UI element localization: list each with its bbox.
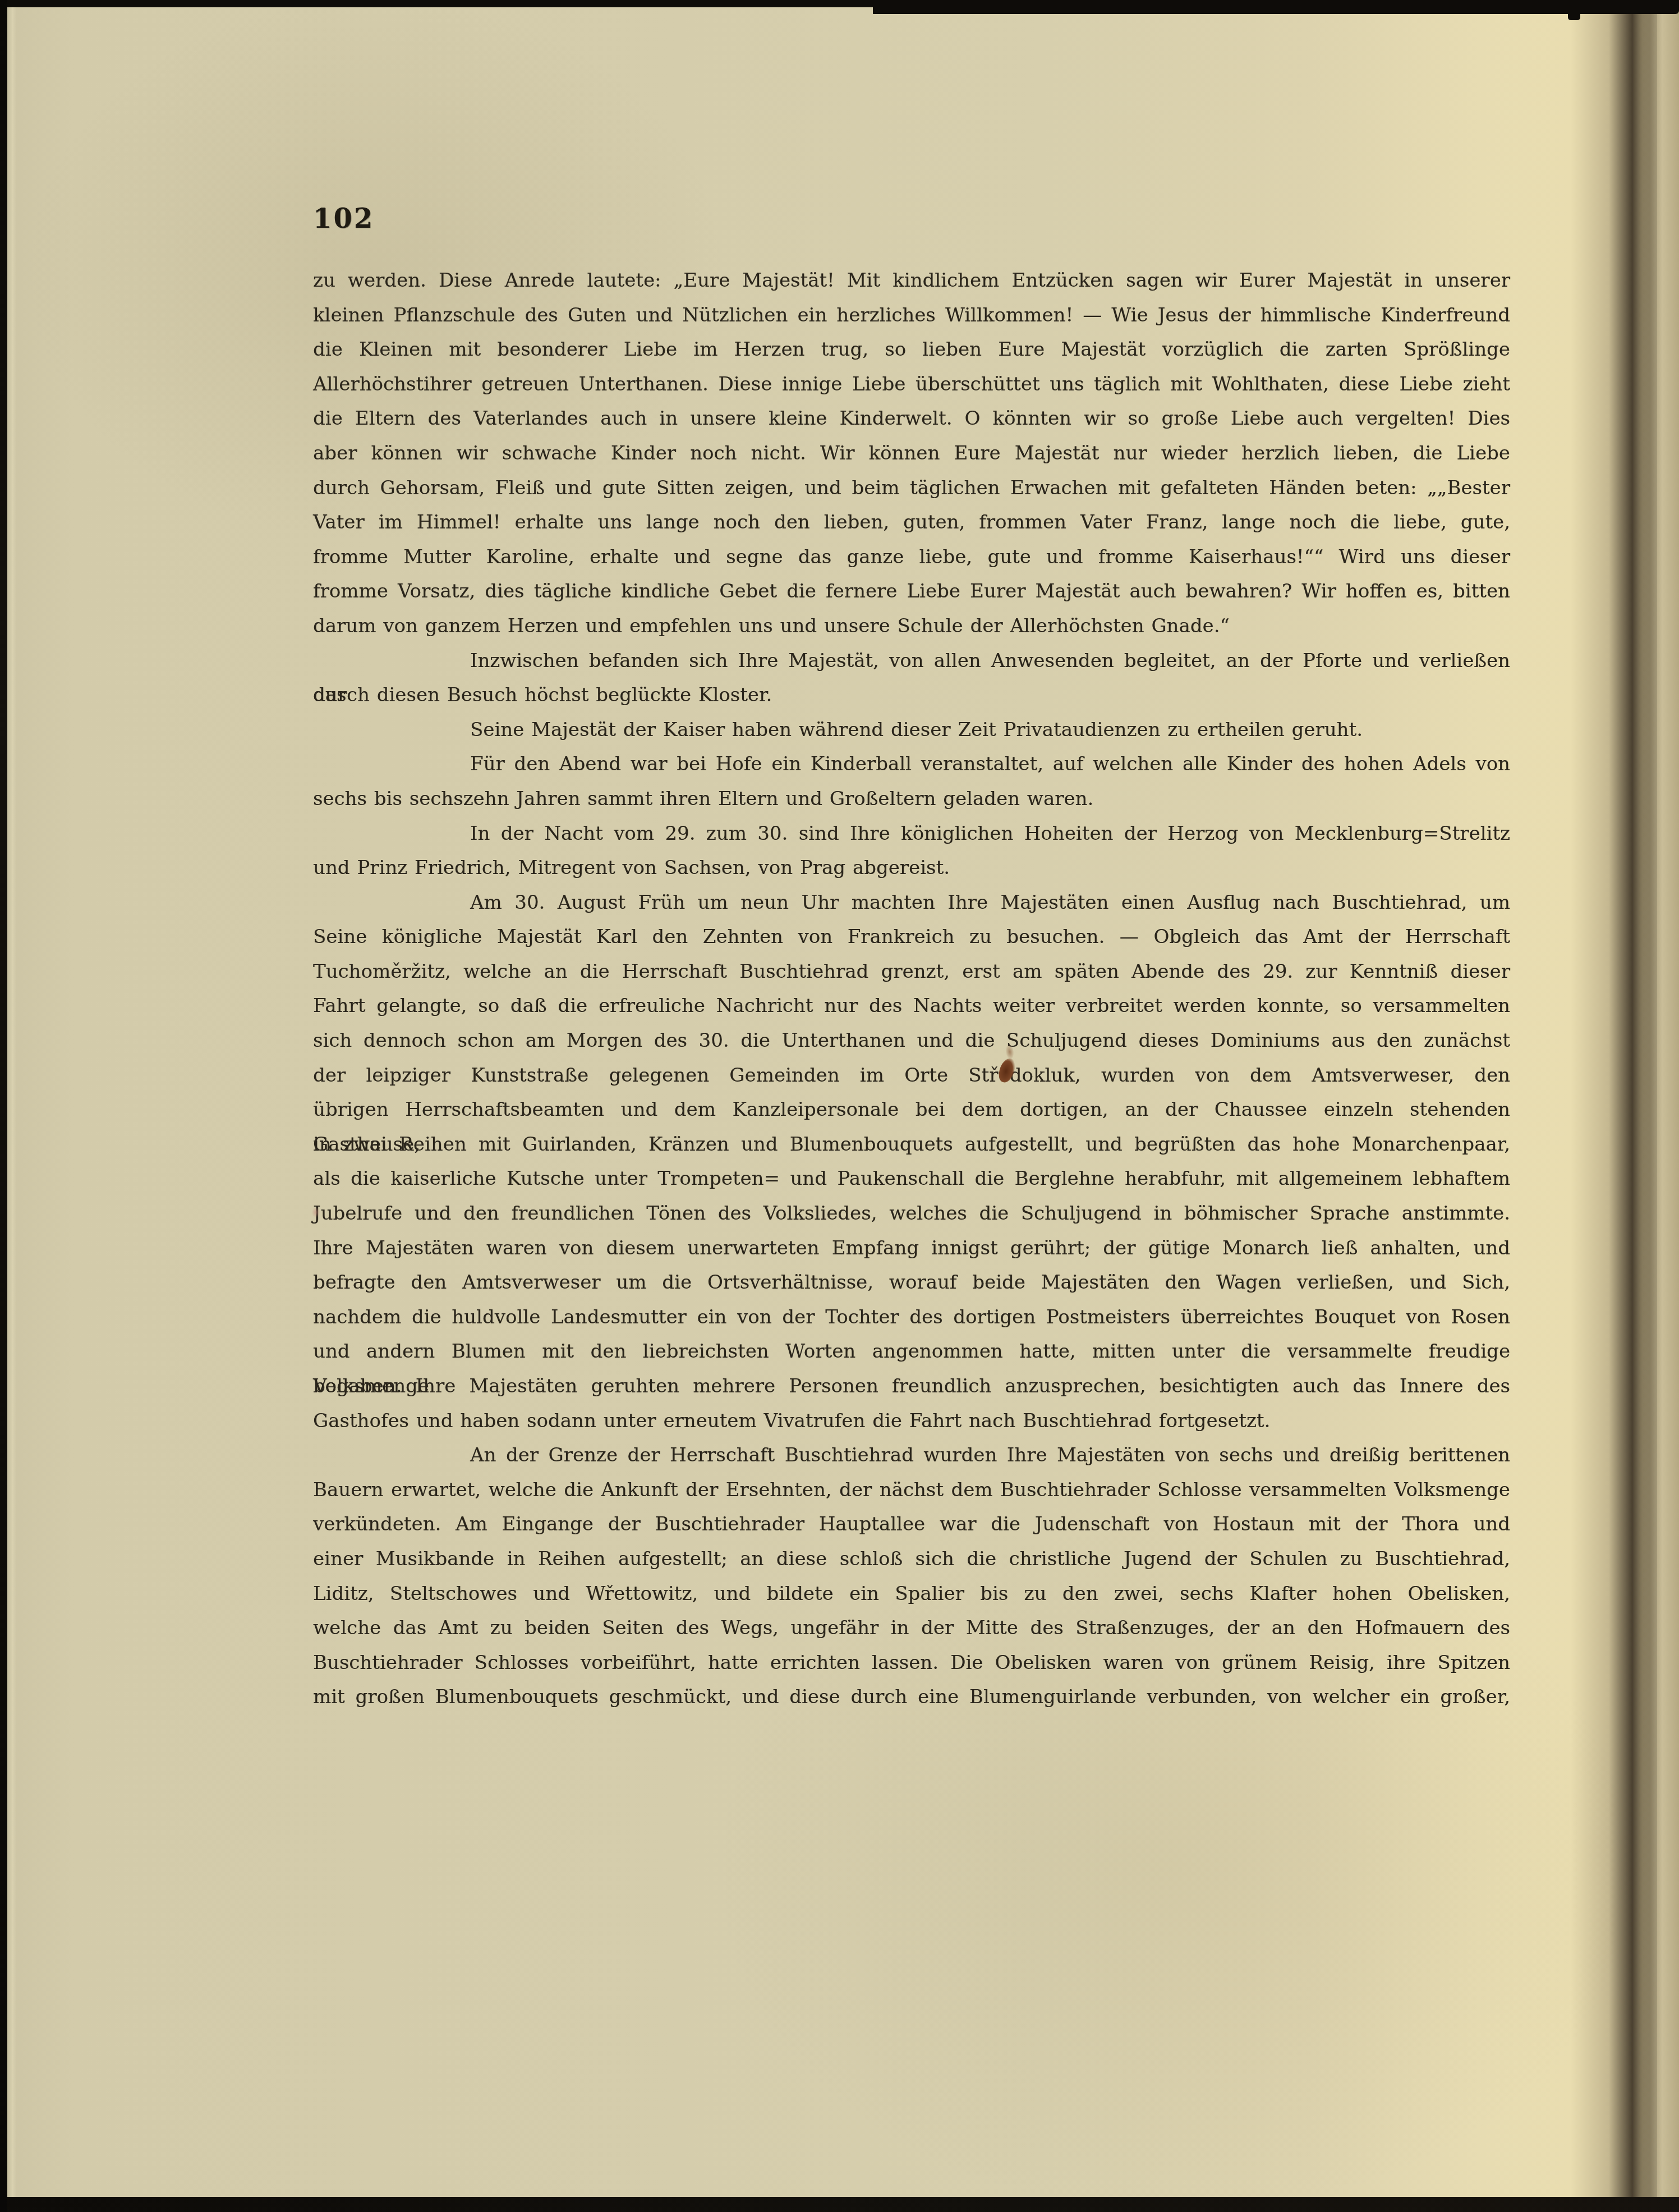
- text-line: An der Grenze der Herrschaft Buschtiehra…: [313, 1438, 1510, 1473]
- text-line: Bauern erwartet, welche die Ankunft der …: [313, 1473, 1510, 1508]
- text-line: der leipziger Kunststraße gelegenen Geme…: [313, 1059, 1510, 1093]
- scanner-edge-left: [0, 0, 7, 2212]
- page-body: zu werden. Diese Anrede lautete: „Eure M…: [313, 264, 1510, 1715]
- text-line: Fahrt gelangte, so daß die erfreuliche N…: [313, 989, 1510, 1024]
- text-line: übrigen Herrschaftsbeamten und dem Kanzl…: [313, 1093, 1510, 1128]
- text-line: begaben. Ihre Majestäten geruhten mehrer…: [313, 1369, 1510, 1404]
- scanner-corner-tab: [1568, 0, 1580, 20]
- text-line: Liditz, Steltschowes und Wřettowitz, und…: [313, 1577, 1510, 1612]
- scanner-edge-top-right: [873, 0, 1679, 14]
- text-line: befragte den Amtsverweser um die Ortsver…: [313, 1266, 1510, 1300]
- text-line: Gasthofes und haben sodann unter erneute…: [313, 1404, 1510, 1439]
- text-line: durch Gehorsam, Fleiß und gute Sitten ze…: [313, 471, 1510, 506]
- text-line: und Prinz Friedrich, Mitregent von Sachs…: [313, 851, 1510, 886]
- text-line: Am 30. August Früh um neun Uhr machten I…: [313, 886, 1510, 921]
- text-line: Tuchoměržitz, welche an die Herrschaft B…: [313, 955, 1510, 990]
- text-line: nachdem die huldvolle Landesmutter ein v…: [313, 1300, 1510, 1335]
- text-line: zu werden. Diese Anrede lautete: „Eure M…: [313, 264, 1510, 298]
- text-line: In der Nacht vom 29. zum 30. sind Ihre k…: [313, 817, 1510, 852]
- text-line: darum von ganzem Herzen und empfehlen un…: [313, 609, 1510, 644]
- text-line: Seine königliche Majestät Karl den Zehnt…: [313, 920, 1510, 955]
- text-line: Jubelrufe und den freundlichen Tönen des…: [313, 1197, 1510, 1231]
- text-line: sechs bis sechszehn Jahren sammt ihren E…: [313, 782, 1510, 817]
- text-line: Für den Abend war bei Hofe ein Kinderbal…: [313, 747, 1510, 782]
- scanner-edge-bottom: [0, 2197, 1679, 2212]
- text-line: verkündeten. Am Eingange der Buschtiehra…: [313, 1507, 1510, 1542]
- text-line: aber können wir schwache Kinder noch nic…: [313, 436, 1510, 471]
- text-line: welche das Amt zu beiden Seiten des Wegs…: [313, 1611, 1510, 1646]
- text-line: sich dennoch schon am Morgen des 30. die…: [313, 1024, 1510, 1059]
- text-line: mit großen Blumenbouquets geschmückt, un…: [313, 1680, 1510, 1715]
- page-number: 102: [313, 203, 374, 234]
- text-line: in zwei Reihen mit Guirlanden, Kränzen u…: [313, 1128, 1510, 1162]
- text-line: und andern Blumen mit den liebreichsten …: [313, 1335, 1510, 1369]
- text-line: kleinen Pflanzschule des Guten und Nützl…: [313, 298, 1510, 333]
- text-line: Buschtiehrader Schlosses vorbeiführt, ha…: [313, 1646, 1510, 1681]
- text-line: Allerhöchstihrer getreuen Unterthanen. D…: [313, 367, 1510, 402]
- scanned-book-page: 102 zu werden. Diese Anrede lautete: „Eu…: [0, 0, 1679, 2212]
- text-line: fromme Vorsatz, dies tägliche kindliche …: [313, 574, 1510, 609]
- text-line: Seine Majestät der Kaiser haben während …: [313, 713, 1510, 748]
- text-line: einer Musikbande in Reihen aufgestellt; …: [313, 1542, 1510, 1577]
- text-line: durch diesen Besuch höchst beglückte Klo…: [313, 678, 1510, 713]
- text-line: Inzwischen befanden sich Ihre Majestät, …: [313, 644, 1510, 679]
- text-line: fromme Mutter Karoline, erhalte und segn…: [313, 540, 1510, 575]
- text-line: die Kleinen mit besonderer Liebe im Herz…: [313, 333, 1510, 367]
- text-line: Ihre Majestäten waren von diesem unerwar…: [313, 1231, 1510, 1266]
- text-line: die Eltern des Vaterlandes auch in unser…: [313, 402, 1510, 436]
- margin-smudge: [312, 1207, 320, 1217]
- paper-edge-highlight: [7, 7, 16, 2197]
- text-line: als die kaiserliche Kutsche unter Trompe…: [313, 1162, 1510, 1197]
- text-line: Vater im Himmel! erhalte uns lange noch …: [313, 505, 1510, 540]
